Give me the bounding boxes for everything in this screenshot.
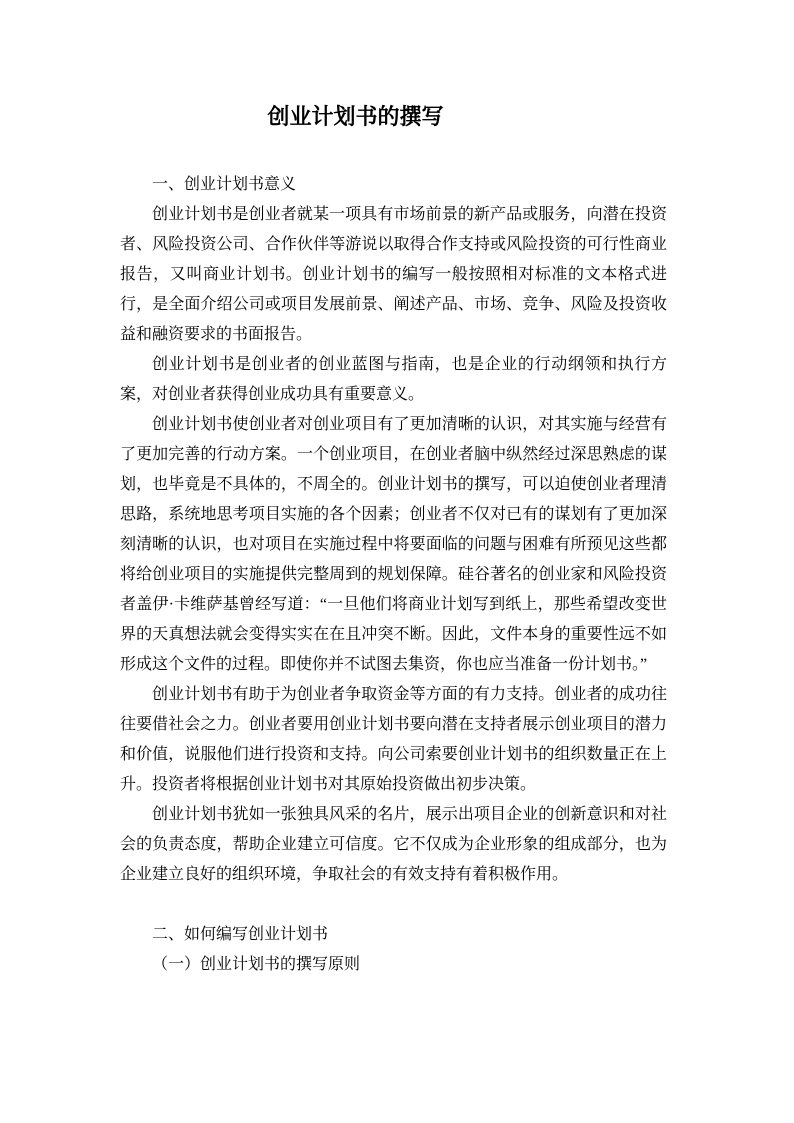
paragraph: 创业计划书使创业者对创业项目有了更加清晰的认识，对其实施与经营有了更加完善的行动… [120, 410, 667, 680]
section-2-heading: 二、如何编写创业计划书 [120, 920, 667, 950]
document-title: 创业计划书的撰写 [120, 101, 667, 133]
section-1-heading: 一、创业计划书意义 [120, 170, 667, 200]
paragraph: 创业计划书有助于为创业者争取资金等方面的有力支持。创业者的成功往往要借社会之力。… [120, 680, 667, 800]
document-page: 创业计划书的撰写 一、创业计划书意义 创业计划书是创业者就某一项具有市场前景的新… [0, 0, 794, 1123]
paragraph: 创业计划书犹如一张独具风采的名片，展示出项目企业的创新意识和对社会的负责态度，帮… [120, 800, 667, 890]
document-body: 一、创业计划书意义 创业计划书是创业者就某一项具有市场前景的新产品或服务，向潜在… [120, 170, 667, 980]
paragraph: 创业计划书是创业者就某一项具有市场前景的新产品或服务，向潜在投资者、风险投资公司… [120, 200, 667, 350]
section-2-subheading: （一）创业计划书的撰写原则 [120, 950, 667, 980]
paragraph: 创业计划书是创业者的创业蓝图与指南，也是企业的行动纲领和执行方案，对创业者获得创… [120, 350, 667, 410]
